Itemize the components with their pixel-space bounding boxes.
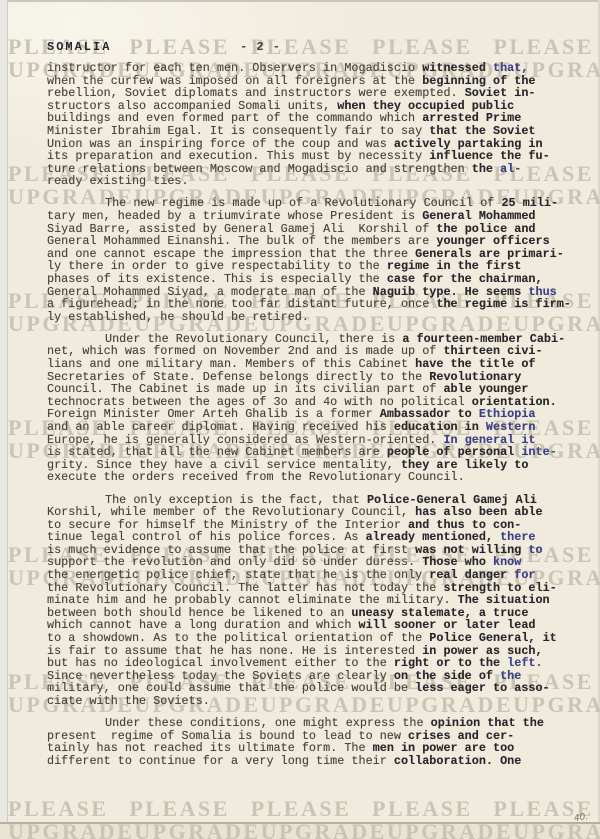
text-segment-blue: al- bbox=[500, 162, 521, 176]
text-segment: ready existing ties. bbox=[47, 174, 189, 188]
document-page: PLEASEPLEASEPLEASEPLEASEPLEASEUPGRADEUPG… bbox=[0, 0, 600, 839]
document-body: instructor for each ten men. Observers i… bbox=[47, 62, 575, 777]
text-segment-bold: the regime is firm- bbox=[436, 297, 571, 311]
text-segment: different to continue for a very long ti… bbox=[47, 754, 394, 768]
paragraph: The only exception is the fact, that Pol… bbox=[47, 494, 575, 708]
text-segment: ly established, he should be retired. bbox=[47, 310, 309, 324]
text-line: ready existing ties. bbox=[47, 175, 575, 188]
paragraph: instructor for each ten men. Observers i… bbox=[47, 62, 575, 188]
page-number: - 2 - bbox=[240, 40, 281, 54]
paragraph: The new regime is made up of a Revolutio… bbox=[47, 197, 575, 323]
handwritten-annotation: 40. bbox=[573, 812, 589, 824]
text-segment-bold: less eager to asso- bbox=[415, 681, 550, 695]
document-content: SOMALIA - 2 - instructor for each ten me… bbox=[0, 0, 600, 839]
paragraph: Under the Revolutionary Council, there i… bbox=[47, 333, 575, 484]
text-segment: ciate with the Soviets. bbox=[47, 694, 210, 708]
text-segment-blue: to bbox=[528, 543, 542, 557]
page-title: SOMALIA bbox=[47, 40, 111, 54]
text-line: ly established, he should be retired. bbox=[47, 311, 575, 324]
text-line: execute the orders received from the Rev… bbox=[47, 471, 575, 484]
text-line: different to continue for a very long ti… bbox=[47, 755, 575, 768]
text-line: ciate with the Soviets. bbox=[47, 695, 575, 708]
paragraph: Under these conditions, one might expres… bbox=[47, 717, 575, 767]
text-segment-bold: the bbox=[472, 162, 500, 176]
text-segment: execute the orders received from the Rev… bbox=[47, 470, 465, 484]
text-segment-bold: collaboration. One bbox=[394, 754, 521, 768]
